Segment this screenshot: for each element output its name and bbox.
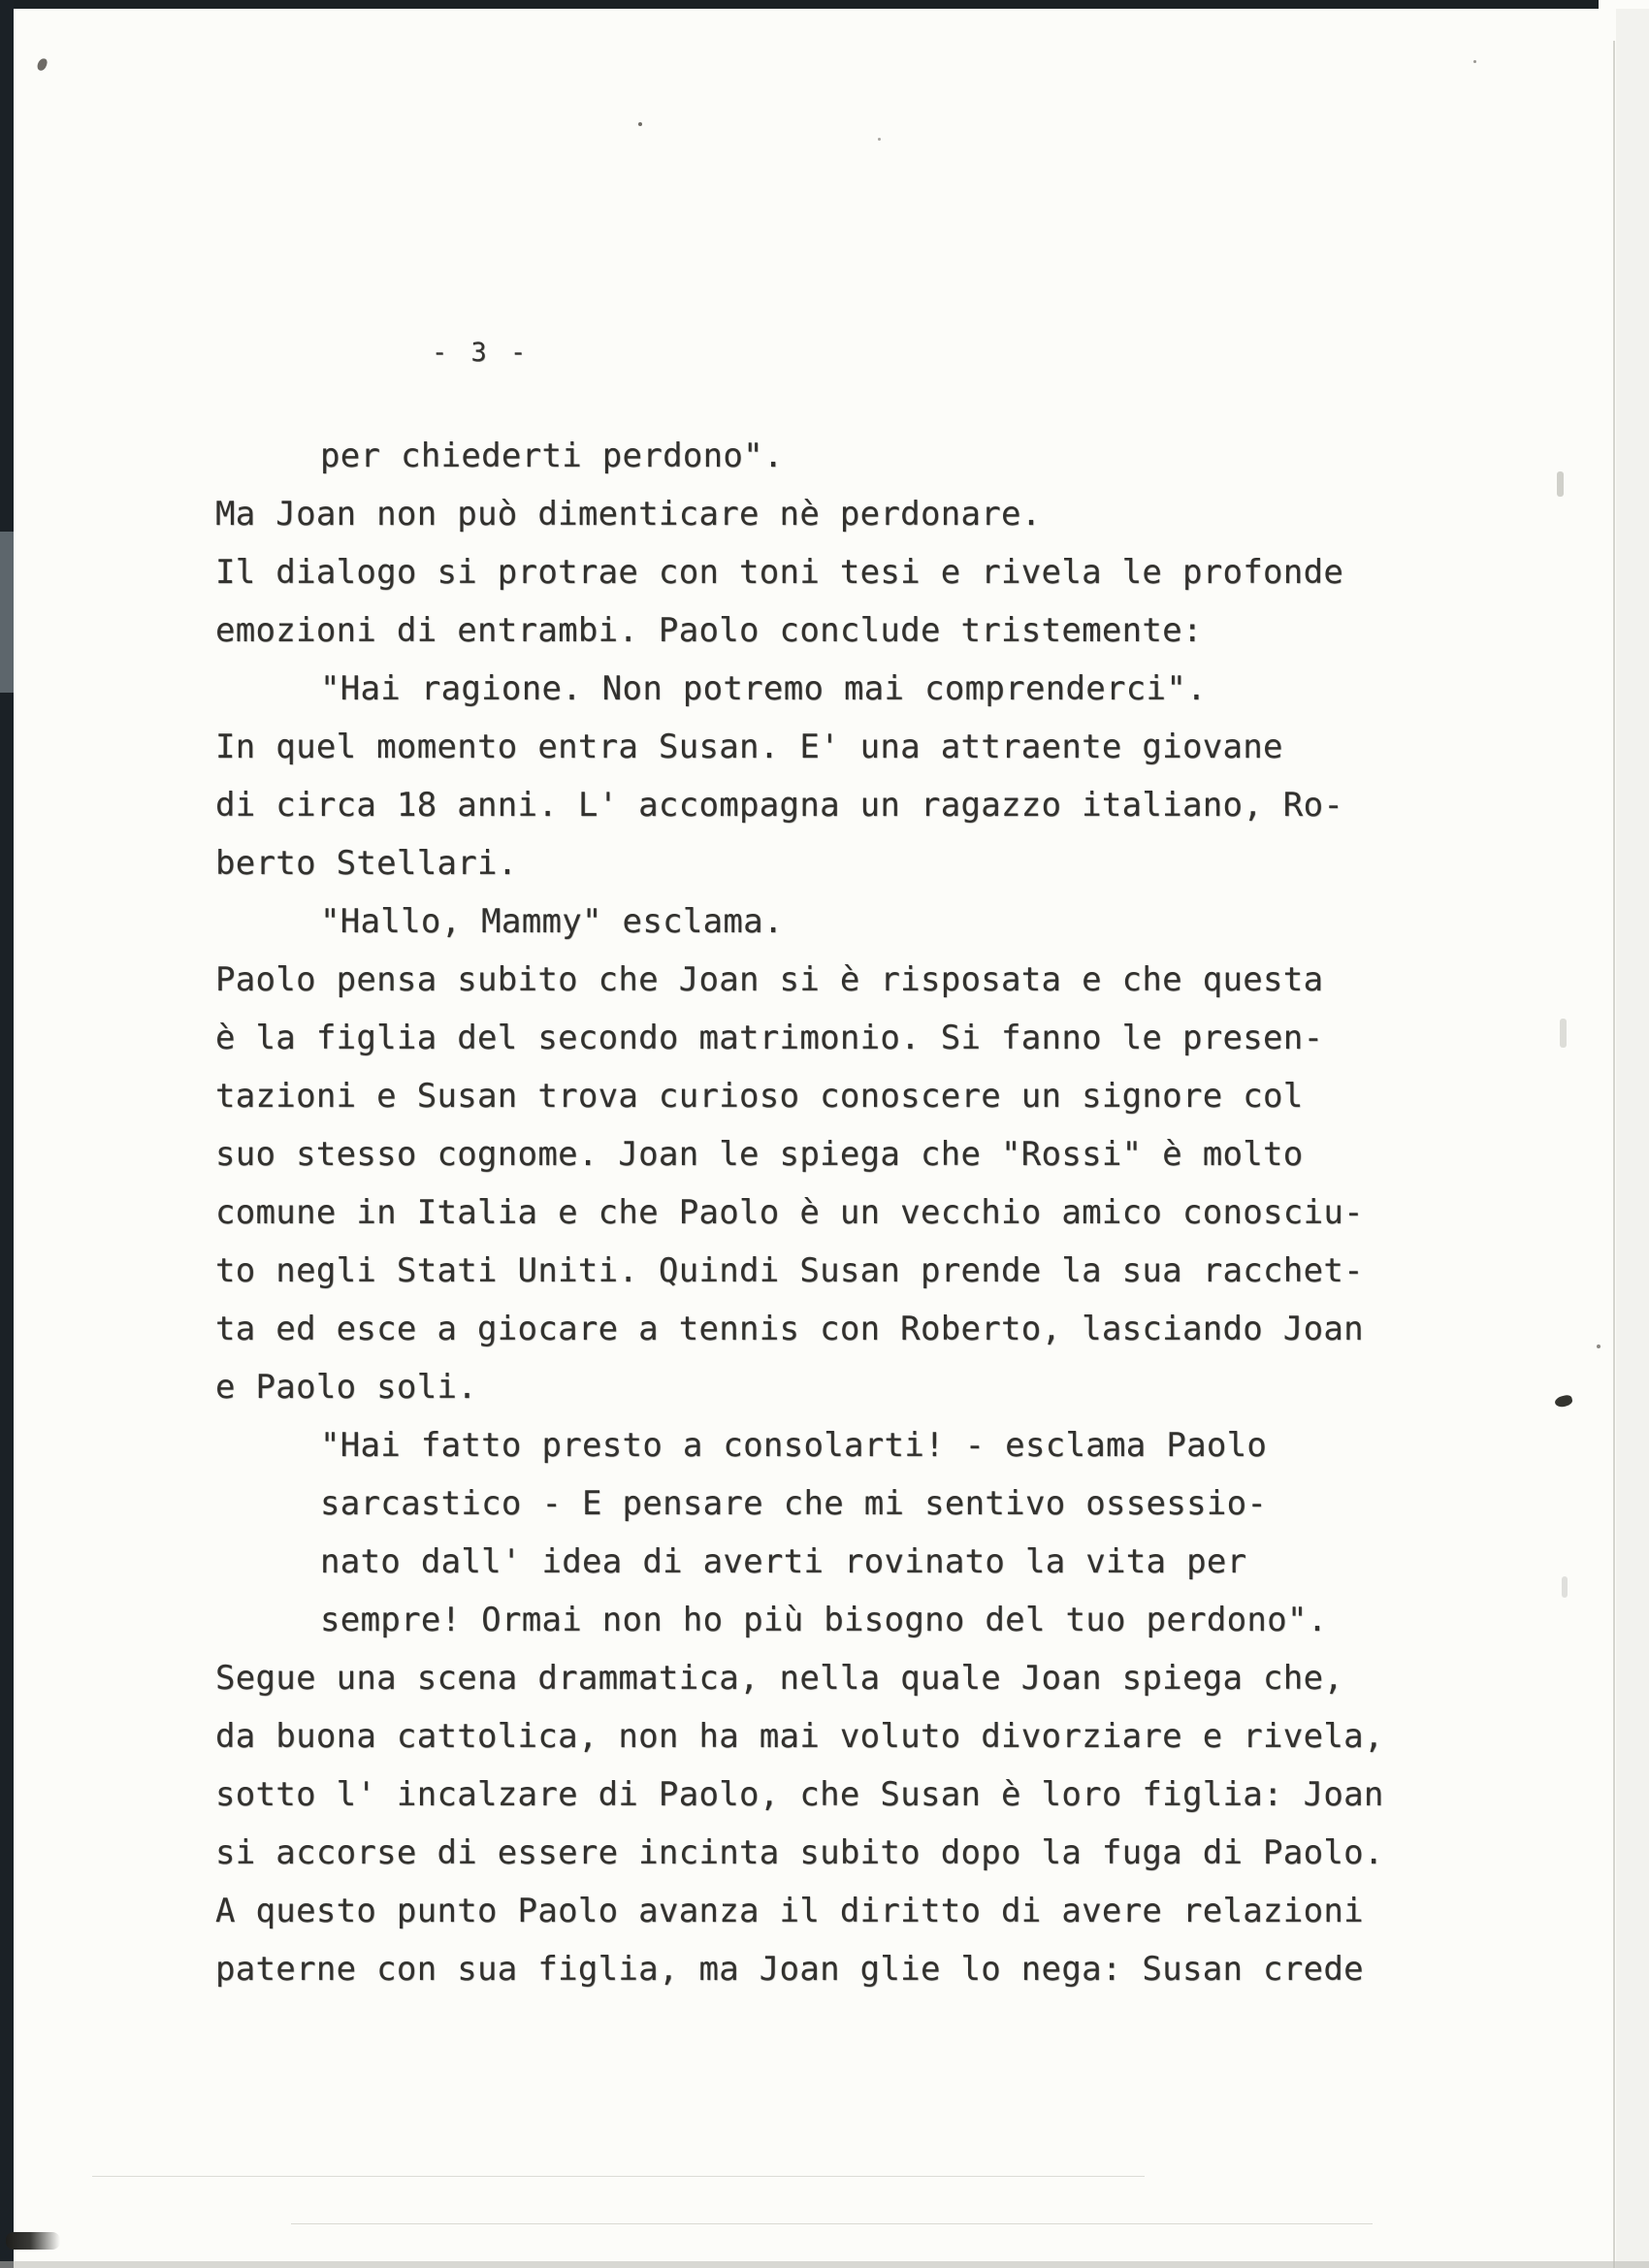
scanner-top-edge-artifact xyxy=(0,0,1599,9)
text-line: Segue una scena drammatica, nella quale … xyxy=(0,1649,1649,1707)
text-line: nato dall' idea di averti rovinato la vi… xyxy=(0,1533,1649,1591)
scanner-bottom-edge-artifact xyxy=(0,2261,1649,2268)
text-line: di circa 18 anni. L' accompagna un ragaz… xyxy=(0,776,1649,834)
ink-smudge-bottom-left xyxy=(6,2232,60,2250)
text-line: da buona cattolica, non ha mai voluto di… xyxy=(0,1707,1649,1766)
page-number: - 3 - xyxy=(432,338,530,368)
scan-line-artifact xyxy=(92,2176,1145,2177)
text-line: to negli Stati Uniti. Quindi Susan prend… xyxy=(0,1242,1649,1300)
text-line: "Hallo, Mammy" esclama. xyxy=(0,892,1649,951)
text-line: comune in Italia e che Paolo è un vecchi… xyxy=(0,1183,1649,1242)
text-line: per chiederti perdono". xyxy=(0,427,1649,485)
text-line: paterne con sua figlia, ma Joan glie lo … xyxy=(0,1940,1649,1998)
scan-line-artifact xyxy=(291,2223,1373,2224)
text-line: In quel momento entra Susan. E' una attr… xyxy=(0,718,1649,776)
text-line: tazioni e Susan trova curioso conoscere … xyxy=(0,1067,1649,1125)
ink-mark-top-left xyxy=(36,57,48,72)
text-line: "Hai fatto presto a consolarti! - esclam… xyxy=(0,1416,1649,1474)
text-line: "Hai ragione. Non potremo mai comprender… xyxy=(0,660,1649,718)
dust-speck xyxy=(878,138,881,141)
text-line: e Paolo soli. xyxy=(0,1358,1649,1416)
text-line: suo stesso cognome. Joan le spiega che "… xyxy=(0,1125,1649,1183)
document-text: per chiederti perdono". Ma Joan non può … xyxy=(0,427,1649,1998)
text-line: Ma Joan non può dimenticare nè perdonare… xyxy=(0,485,1649,543)
text-line: sotto l' incalzare di Paolo, che Susan è… xyxy=(0,1766,1649,1824)
text-line: si accorse di essere incinta subito dopo… xyxy=(0,1824,1649,1882)
scanned-document-page: - 3 - per chiederti perdono". Ma Joan no… xyxy=(0,0,1649,2268)
text-line: è la figlia del secondo matrimonio. Si f… xyxy=(0,1009,1649,1067)
text-line: ta ed esce a giocare a tennis con Robert… xyxy=(0,1300,1649,1358)
dust-speck xyxy=(1473,60,1476,63)
text-line: sarcastico - E pensare che mi sentivo os… xyxy=(0,1474,1649,1533)
text-line: sempre! Ormai non ho più bisogno del tuo… xyxy=(0,1591,1649,1649)
text-line: Paolo pensa subito che Joan si è risposa… xyxy=(0,951,1649,1009)
text-line: berto Stellari. xyxy=(0,834,1649,892)
text-line: Il dialogo si protrae con toni tesi e ri… xyxy=(0,543,1649,601)
text-line: emozioni di entrambi. Paolo conclude tri… xyxy=(0,601,1649,660)
text-line: A questo punto Paolo avanza il diritto d… xyxy=(0,1882,1649,1940)
dust-speck xyxy=(638,122,642,126)
